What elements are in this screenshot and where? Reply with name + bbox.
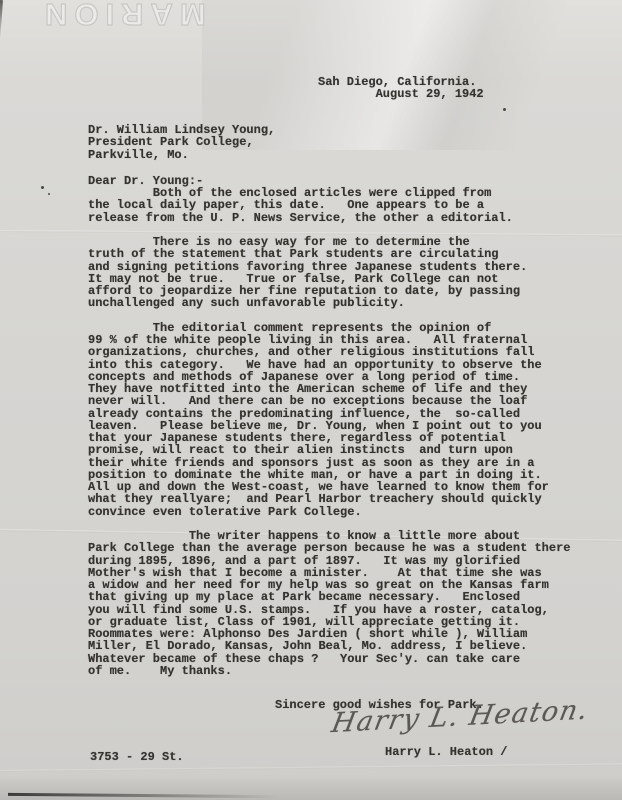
marion-watermark: MARION — [38, 0, 206, 32]
sender-street-address: 3753 - 29 St. — [90, 751, 184, 763]
paragraph-3: The editorial comment represents the opi… — [88, 322, 593, 518]
paper-speck — [48, 193, 50, 195]
paper-speck — [503, 108, 506, 111]
paragraph-4: The writer happens to know a little more… — [88, 530, 593, 677]
paragraph-1: Both of the enclosed articles were clipp… — [88, 187, 593, 224]
paper-speck — [41, 186, 44, 189]
letter-body: Dr. William Lindsey Young, President Par… — [88, 124, 593, 677]
paper-edge-mark — [0, 0, 3, 40]
date-place-block: Sah Diego, California. August 29, 1942 — [318, 76, 484, 101]
typed-signature-name: Harry L. Heaton / — [385, 746, 507, 758]
paper-crease — [0, 763, 622, 772]
paragraph-2: There is no easy way for me to determine… — [88, 236, 593, 310]
letter-page: MARION Sah Diego, California. August 29,… — [0, 0, 622, 800]
paper-edge-shadow — [8, 793, 278, 798]
recipient-address: Dr. William Lindsey Young, President Par… — [88, 124, 593, 161]
